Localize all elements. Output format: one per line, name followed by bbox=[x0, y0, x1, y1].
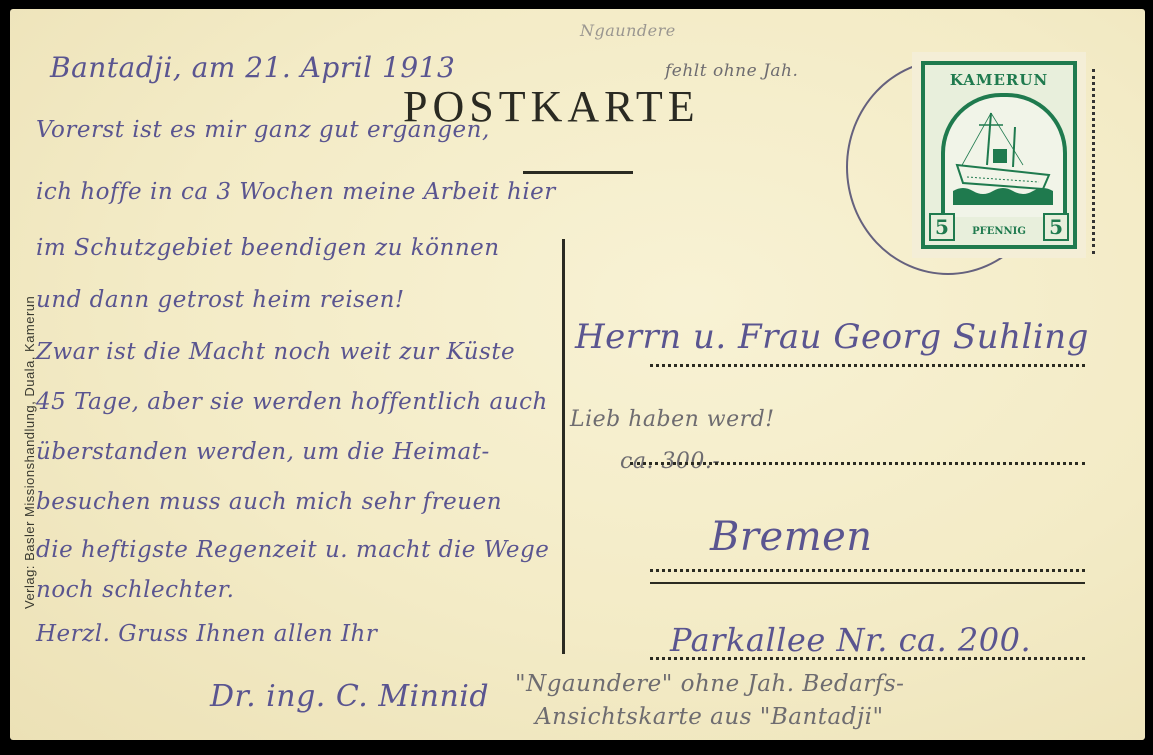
message-line: Zwar ist die Macht noch weit zur Küste bbox=[36, 339, 515, 365]
pencil-note-place: Ngaundere bbox=[580, 21, 676, 40]
message-line: 45 Tage, aber sie werden hoffentlich auc… bbox=[36, 389, 548, 415]
message-line: überstanden werden, um die Heimat- bbox=[36, 439, 490, 465]
address-dotted-line-4 bbox=[650, 657, 1085, 660]
title-rule bbox=[523, 171, 633, 174]
address-dotted-line-2 bbox=[630, 462, 1085, 465]
message-address-divider bbox=[562, 239, 565, 654]
address-dotted-line-1 bbox=[650, 364, 1085, 367]
message-line: noch schlechter. bbox=[36, 577, 234, 603]
publisher-imprint: Verlag: Basler Missionshandlung, Duala, … bbox=[22, 296, 37, 609]
pencil-note-bottom-2: Ansichtskarte aus "Bantadji" bbox=[535, 704, 884, 730]
stamp-value-right: 5 bbox=[1043, 213, 1069, 241]
address-street: Parkallee Nr. ca. 200. bbox=[670, 621, 1031, 659]
address-dotted-line-3 bbox=[650, 569, 1085, 572]
postage-stamp: KAMERUN 5 PFENNIG 5 bbox=[915, 55, 1083, 255]
pencil-note-value: Lieb haben werd! bbox=[570, 407, 775, 432]
message-line: Vorerst ist es mir ganz gut ergangen, bbox=[36, 117, 490, 143]
message-line: die heftigste Regenzeit u. macht die Weg… bbox=[36, 537, 549, 563]
stamp-country: KAMERUN bbox=[925, 71, 1073, 89]
pencil-note-missing-year: fehlt ohne Jah. bbox=[665, 61, 798, 81]
address-city: Bremen bbox=[710, 514, 873, 560]
perforation bbox=[1092, 69, 1095, 254]
pencil-note-bottom-1: "Ngaundere" ohne Jah. Bedarfs- bbox=[515, 671, 904, 697]
message-line: ich hoffe in ca 3 Wochen meine Arbeit hi… bbox=[36, 179, 556, 205]
message-line: Bantadji, am 21. April 1913 bbox=[50, 51, 455, 84]
ship-icon bbox=[953, 105, 1053, 205]
message-line: und dann getrost heim reisen! bbox=[36, 287, 405, 313]
signature: Dr. ing. C. Minnid bbox=[210, 679, 489, 714]
address-recipient: Herrn u. Frau Georg Suhling bbox=[575, 317, 1089, 357]
message-line: besuchen muss auch mich sehr freuen bbox=[36, 489, 502, 515]
postcard: POSTKARTE Verlag: Basler Missionshandlun… bbox=[10, 9, 1145, 740]
message-line: Herzl. Gruss Ihnen allen Ihr bbox=[36, 621, 377, 647]
message-line: im Schutzgebiet beendigen zu können bbox=[36, 235, 500, 261]
address-city-underline bbox=[650, 582, 1085, 584]
